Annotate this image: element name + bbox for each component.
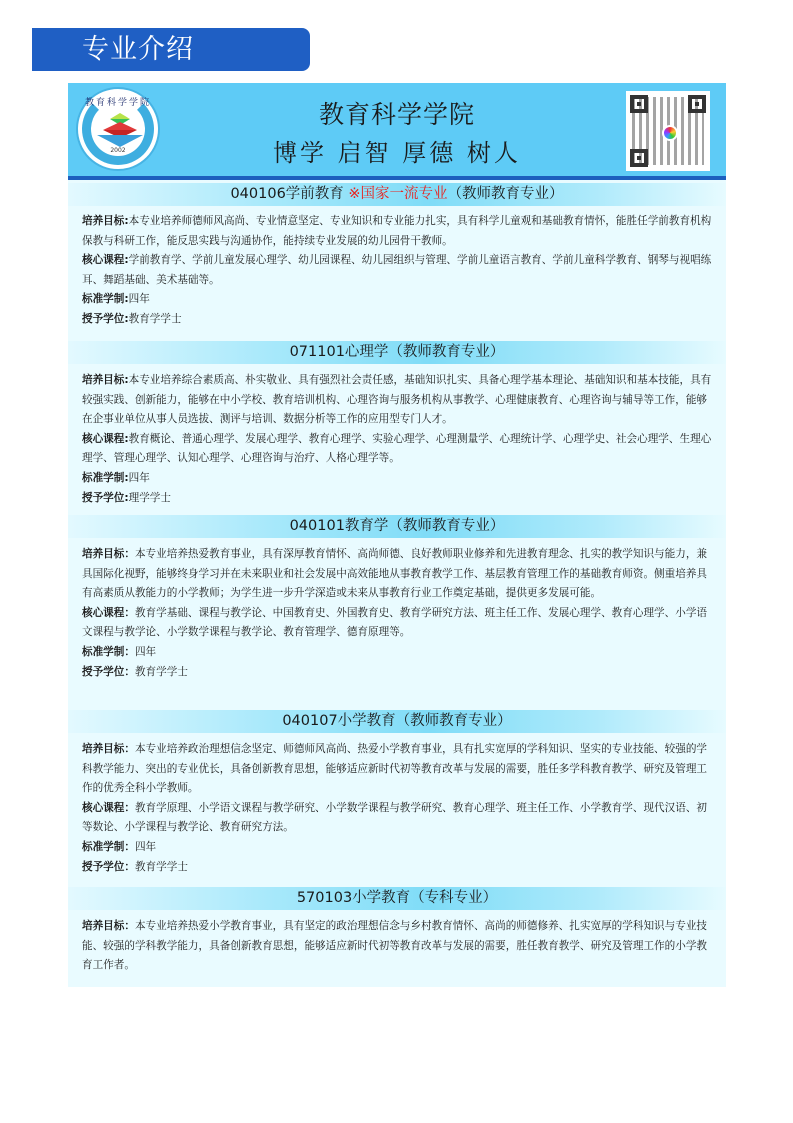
separator: ： [124,841,135,853]
separator: ： [124,802,135,814]
degree-label: 授予学位 [82,492,124,504]
major-header: 040107小学教育（教师教育专业） [68,710,726,733]
separator: ： [124,920,135,932]
separator: ： [124,861,135,873]
separator: ： [124,646,135,658]
courses-label: 核心课程 [82,254,124,266]
majors-panel: 040106学前教育 ※国家一流专业（教师教育专业） 培养目标:本专业培养师德师… [68,180,726,987]
goal-label: 培养目标 [82,374,124,386]
major-duration: 标准学制：四年 [82,838,714,858]
courses-text: 教育学基础、课程与教学论、中国教育史、外国教育史、教育学研究方法、班主任工作、发… [82,607,707,639]
duration-text: 四年 [135,841,156,853]
duration-label: 标准学制 [82,293,124,305]
major-type: （专科专业） [410,890,497,906]
qr-code-icon[interactable] [626,91,710,171]
goal-label: 培养目标 [82,743,124,755]
major-courses: 核心课程：教育学基础、课程与教学论、中国教育史、外国教育史、教育学研究方法、班主… [82,604,714,643]
qr-finder-bottom-left [630,149,648,167]
degree-text: 教育学学士 [135,666,188,678]
separator: ： [124,666,135,678]
major-code-name: 071101心理学 [290,344,389,360]
page-section-tab: 专业介绍 [32,28,310,71]
courses-text: 教育概论、普通心理学、发展心理学、教育心理学、实验心理学、心理测量学、心理统计学… [82,433,711,465]
courses-text: 教育学原理、小学语文课程与教学研究、小学数学课程与教学研究、教育心理学、班主任工… [82,802,707,834]
duration-text: 四年 [135,646,156,658]
courses-label: 核心课程 [82,607,124,619]
major-details: 培养目标：本专业培养热爱小学教育事业，具有坚定的政治理想信念与乡村教育情怀、高尚… [82,917,714,976]
goal-text: 本专业培养热爱教育事业，具有深厚教育情怀、高尚师德、良好教师职业修养和先进教育理… [82,548,707,599]
page-section-title: 专业介绍 [82,31,194,68]
major-details: 培养目标:本专业培养综合素质高、朴实敬业、具有强烈社会责任感，基础知识扎实、具备… [82,371,714,508]
major-header: 040101教育学（教师教育专业） [68,515,726,538]
major-details: 培养目标：本专业培养热爱教育事业，具有深厚教育情怀、高尚师德、良好教师职业修养和… [82,545,714,682]
major-duration: 标准学制:四年 [82,290,714,310]
goal-label: 培养目标 [82,548,124,560]
qr-finder-top-right [688,95,706,113]
degree-text: 理学学士 [129,492,171,504]
major-code-name: 040101教育学 [290,518,389,534]
courses-label: 核心课程 [82,433,124,445]
duration-label: 标准学制 [82,841,124,853]
goal-text: 本专业培养综合素质高、朴实敬业、具有强烈社会责任感，基础知识扎实、具备心理学基本… [82,374,711,425]
major-header: 071101心理学（教师教育专业） [68,341,726,364]
separator: ： [124,548,135,560]
duration-label: 标准学制 [82,646,124,658]
goal-text: 本专业培养政治理想信念坚定、师德师风高尚、热爱小学教育事业，具有扎实宽厚的学科知… [82,743,707,794]
major-goal: 培养目标:本专业培养师德师风高尚、专业情意坚定、专业知识和专业能力扎实，具有科学… [82,212,714,251]
major-code-name: 570103小学教育 [297,890,410,906]
duration-text: 四年 [129,472,150,484]
goal-text: 本专业培养热爱小学教育事业，具有坚定的政治理想信念与乡村教育情怀、高尚的师德修养… [82,920,707,971]
qr-finder-top-left [630,95,648,113]
degree-label: 授予学位 [82,861,124,873]
duration-text: 四年 [129,293,150,305]
separator: ： [124,607,135,619]
goal-label: 培养目标 [82,920,124,932]
college-header: 教育科学学院 2002 教育科学学院 博学 启智 厚德 树人 [68,83,726,180]
duration-label: 标准学制 [82,472,124,484]
major-details: 培养目标：本专业培养政治理想信念坚定、师德师风高尚、热爱小学教育事业，具有扎实宽… [82,740,714,877]
major-goal: 培养目标：本专业培养热爱小学教育事业，具有坚定的政治理想信念与乡村教育情怀、高尚… [82,917,714,976]
degree-text: 教育学学士 [135,861,188,873]
national-first-class-badge: ※国家一流专业 [348,186,447,202]
qr-center-logo-icon [662,125,678,141]
major-type: （教师教育专业） [396,713,512,729]
courses-label: 核心课程 [82,802,124,814]
degree-label: 授予学位 [82,313,124,325]
major-degree: 授予学位:理学学士 [82,489,714,509]
major-type: （教师教育专业） [388,518,504,534]
major-details: 培养目标:本专业培养师德师风高尚、专业情意坚定、专业知识和专业能力扎实，具有科学… [82,212,714,330]
major-courses: 核心课程:学前教育学、学前儿童发展心理学、幼儿园课程、幼儿园组织与管理、学前儿童… [82,251,714,290]
major-type: （教师教育专业） [388,344,504,360]
major-header: 040106学前教育 ※国家一流专业（教师教育专业） [68,183,726,206]
major-duration: 标准学制：四年 [82,643,714,663]
major-courses: 核心课程：教育学原理、小学语文课程与教学研究、小学数学课程与教学研究、教育心理学… [82,799,714,838]
separator: ： [124,743,135,755]
major-degree: 授予学位：教育学学士 [82,858,714,878]
major-goal: 培养目标：本专业培养热爱教育事业，具有深厚教育情怀、高尚师德、良好教师职业修养和… [82,545,714,604]
degree-label: 授予学位 [82,666,124,678]
major-header: 570103小学教育（专科专业） [68,887,726,910]
major-type: （教师教育专业） [448,186,564,202]
major-degree: 授予学位:教育学学士 [82,310,714,330]
major-code-name: 040107小学教育 [282,713,395,729]
courses-text: 学前教育学、学前儿童发展心理学、幼儿园课程、幼儿园组织与管理、学前儿童语言教育、… [82,254,711,286]
major-goal: 培养目标:本专业培养综合素质高、朴实敬业、具有强烈社会责任感，基础知识扎实、具备… [82,371,714,430]
major-goal: 培养目标：本专业培养政治理想信念坚定、师德师风高尚、热爱小学教育事业，具有扎实宽… [82,740,714,799]
goal-label: 培养目标 [82,215,124,227]
major-degree: 授予学位：教育学学士 [82,663,714,683]
degree-text: 教育学学士 [129,313,182,325]
major-code-name: 040106学前教育 [230,186,343,202]
major-duration: 标准学制:四年 [82,469,714,489]
goal-text: 本专业培养师德师风高尚、专业情意坚定、专业知识和专业能力扎实，具有科学儿童观和基… [82,215,711,247]
major-courses: 核心课程:教育概论、普通心理学、发展心理学、教育心理学、实验心理学、心理测量学、… [82,430,714,469]
